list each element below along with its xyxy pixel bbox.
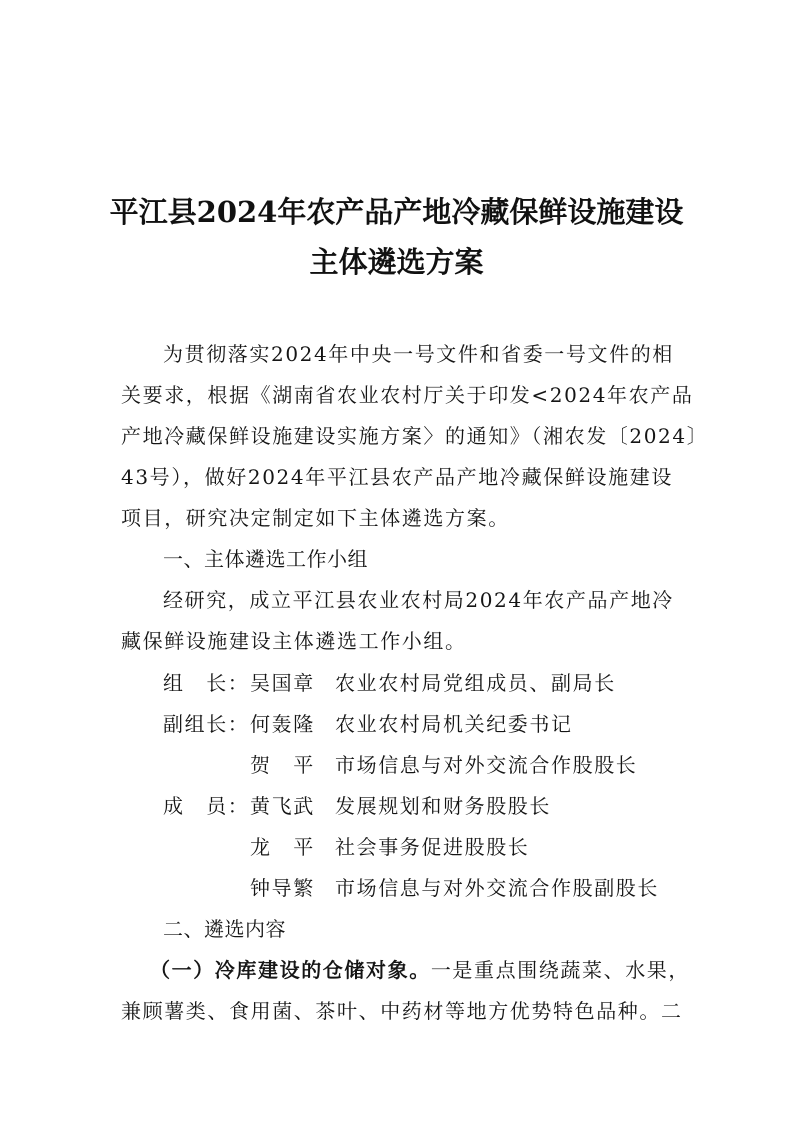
document-title-line-2: 主体遴选方案 — [0, 240, 793, 281]
roster-position: 市场信息与对外交流合作股副股长 — [335, 875, 659, 901]
roster-position: 农业农村局机关纪委书记 — [335, 711, 573, 737]
roster-position: 农业农村局党组成员、副局长 — [335, 670, 616, 696]
roster-name: 吴国章 — [250, 670, 316, 696]
subsection1-text: 一是重点围绕蔬菜、水果， — [431, 958, 690, 982]
intro-paragraph-line: 43号），做好2024年平江县农产品产地冷藏保鲜设施建设 — [121, 464, 673, 490]
roster-name: 钟导繁 — [250, 875, 316, 901]
document-title-line-1: 平江县2024年农产品产地冷藏保鲜设施建设 — [0, 190, 793, 231]
subsection1-line: （一）冷库建设的仓储对象。一是重点围绕蔬菜、水果， — [150, 957, 673, 983]
roster-name: 龙 平 — [250, 834, 316, 860]
section-heading-work-group: 一、主体遴选工作小组 — [163, 546, 673, 572]
roster-name: 黄飞武 — [250, 793, 316, 819]
document-page: 平江县2024年农产品产地冷藏保鲜设施建设 主体遴选方案 为贯彻落实2024年中… — [0, 0, 793, 1122]
roster-name: 贺 平 — [250, 752, 316, 778]
intro-paragraph-line: 项目，研究决定制定如下主体遴选方案。 — [121, 505, 673, 531]
roster-role: 组 长： — [163, 670, 243, 696]
subsection1-line: 兼顾薯类、食用菌、茶叶、中药材等地方优势特色品种。二 — [121, 998, 673, 1024]
section-heading-selection-content: 二、遴选内容 — [163, 916, 673, 942]
roster-position: 发展规划和财务股股长 — [335, 793, 551, 819]
roster-position: 社会事务促进股股长 — [335, 834, 529, 860]
section1-paragraph-line: 经研究，成立平江县农业农村局2024年农产品产地冷 — [163, 587, 673, 613]
section1-paragraph-line: 藏保鲜设施建设主体遴选工作小组。 — [121, 628, 673, 654]
intro-paragraph-line: 关要求，根据《湖南省农业农村厅关于印发<2024年农产品 — [121, 382, 673, 408]
roster-role: 副组长： — [163, 711, 243, 737]
roster-name: 何轰隆 — [250, 711, 316, 737]
roster-position: 市场信息与对外交流合作股股长 — [335, 752, 637, 778]
subsection1-heading: （一）冷库建设的仓储对象。 — [150, 958, 431, 982]
intro-paragraph-line: 为贯彻落实2024年中央一号文件和省委一号文件的相 — [163, 341, 673, 367]
roster-role: 成 员： — [163, 793, 243, 819]
intro-paragraph-line: 产地冷藏保鲜设施建设实施方案〉的通知》（湘农发〔2024〕 — [121, 423, 673, 449]
